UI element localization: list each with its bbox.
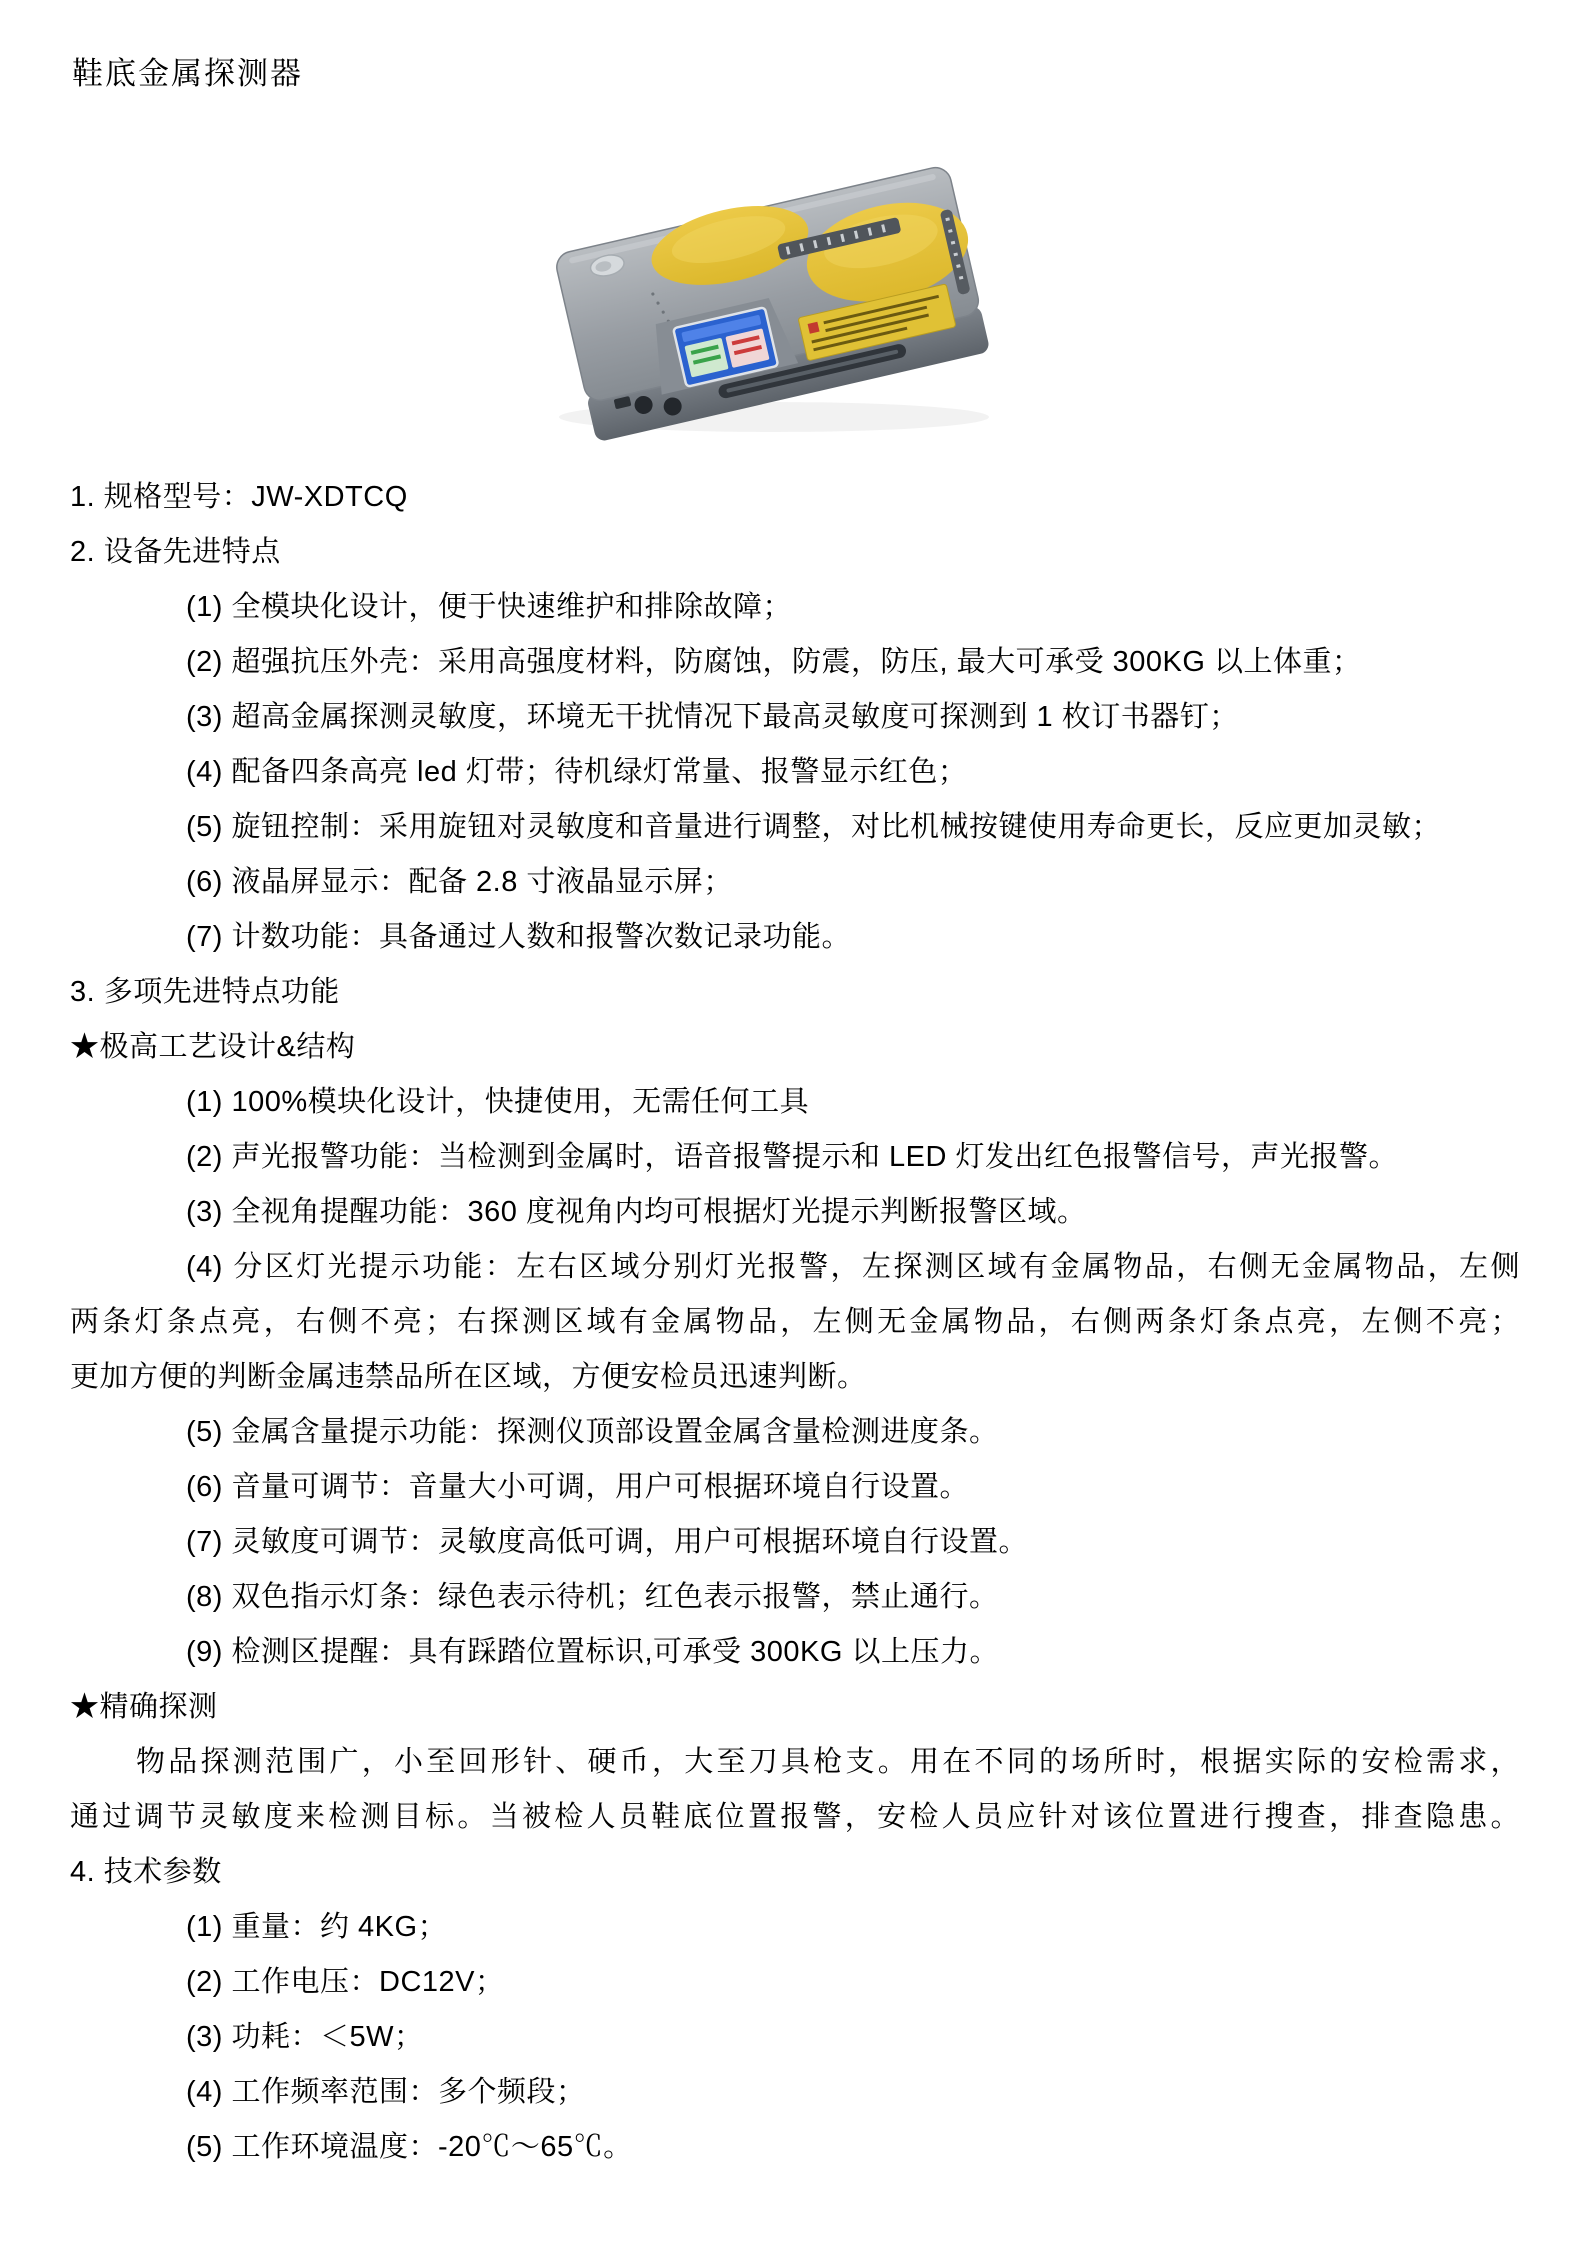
product-image xyxy=(532,155,1017,450)
text-line: 物品探测范围广，小至回形针、硬币，大至刀具枪支。用在不同的场所时，根据实际的安检… xyxy=(70,1735,1520,1790)
text-line: ★精确探测 xyxy=(70,1680,1520,1735)
text-line: 两条灯条点亮，右侧不亮；右探测区域有金属物品，左侧无金属物品，右侧两条灯条点亮，… xyxy=(70,1295,1520,1350)
text-line: (6) 液晶屏显示：配备 2.8 寸液晶显示屏； xyxy=(70,855,1520,910)
text-line: (6) 音量可调节：音量大小可调，用户可根据环境自行设置。 xyxy=(70,1460,1520,1515)
text-line: 4. 技术参数 xyxy=(70,1845,1520,1900)
text-line: (2) 声光报警功能：当检测到金属时，语音报警提示和 LED 灯发出红色报警信号… xyxy=(70,1130,1520,1185)
text-line: (3) 功耗：＜5W； xyxy=(70,2010,1520,2065)
text-line: (5) 旋钮控制：采用旋钮对灵敏度和音量进行调整，对比机械按键使用寿命更长，反应… xyxy=(70,800,1520,855)
text-line: (4) 分区灯光提示功能：左右区域分别灯光报警，左探测区域有金属物品，右侧无金属… xyxy=(70,1240,1520,1295)
text-line: 通过调节灵敏度来检测目标。当被检人员鞋底位置报警，安检人员应针对该位置进行搜查，… xyxy=(70,1790,1520,1845)
text-line: ★极高工艺设计&结构 xyxy=(70,1020,1520,1075)
text-line: (5) 工作环境温度：-20℃～65℃。 xyxy=(70,2120,1520,2175)
text-line: 2. 设备先进特点 xyxy=(70,525,1520,580)
text-line: (1) 100%模块化设计，快捷使用，无需任何工具 xyxy=(70,1075,1520,1130)
document-page: { "page": { "title": "鞋底金属探测器" }, "produ… xyxy=(0,0,1587,2245)
text-line: (4) 配备四条高亮 led 灯带；待机绿灯常量、报警显示红色； xyxy=(70,745,1520,800)
document-body: 1. 规格型号：JW-XDTCQ2. 设备先进特点(1) 全模块化设计，便于快速… xyxy=(70,470,1520,2175)
metal-detector-illustration xyxy=(532,155,1017,450)
text-line: (7) 灵敏度可调节：灵敏度高低可调，用户可根据环境自行设置。 xyxy=(70,1515,1520,1570)
page-title: 鞋底金属探测器 xyxy=(72,48,303,93)
text-line: (7) 计数功能：具备通过人数和报警次数记录功能。 xyxy=(70,910,1520,965)
text-line: (8) 双色指示灯条：绿色表示待机；红色表示报警，禁止通行。 xyxy=(70,1570,1520,1625)
text-line: 更加方便的判断金属违禁品所在区域，方便安检员迅速判断。 xyxy=(70,1350,1520,1405)
text-line: (3) 超高金属探测灵敏度，环境无干扰情况下最高灵敏度可探测到 1 枚订书器钉； xyxy=(70,690,1520,745)
text-line: (5) 金属含量提示功能：探测仪顶部设置金属含量检测进度条。 xyxy=(70,1405,1520,1460)
text-line: (2) 超强抗压外壳：采用高强度材料，防腐蚀，防震，防压, 最大可承受 300K… xyxy=(70,635,1520,690)
text-line: (9) 检测区提醒：具有踩踏位置标识,可承受 300KG 以上压力。 xyxy=(70,1625,1520,1680)
text-line: (3) 全视角提醒功能：360 度视角内均可根据灯光提示判断报警区域。 xyxy=(70,1185,1520,1240)
text-line: 3. 多项先进特点功能 xyxy=(70,965,1520,1020)
text-line: (2) 工作电压：DC12V； xyxy=(70,1955,1520,2010)
text-line: 1. 规格型号：JW-XDTCQ xyxy=(70,470,1520,525)
text-line: (4) 工作频率范围：多个频段； xyxy=(70,2065,1520,2120)
text-line: (1) 全模块化设计，便于快速维护和排除故障； xyxy=(70,580,1520,635)
text-line: (1) 重量：约 4KG； xyxy=(70,1900,1520,1955)
